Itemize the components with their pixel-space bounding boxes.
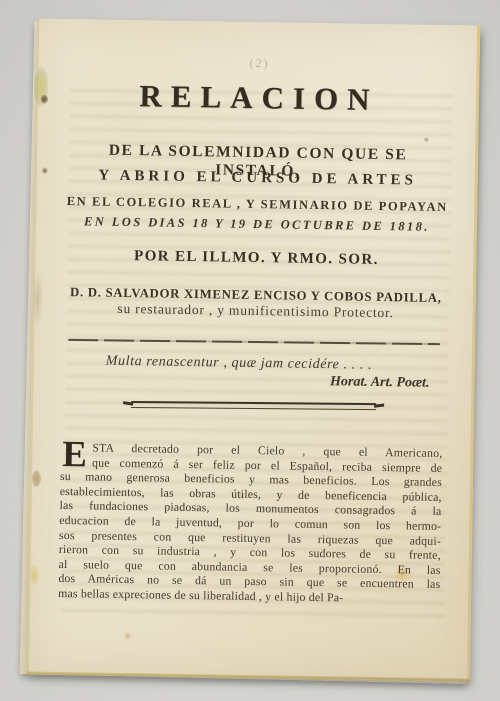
divider-rule bbox=[68, 339, 440, 345]
photograph-background: (2) RELACION DE LA SOLEMNIDAD CON QUE SE… bbox=[0, 0, 500, 701]
page-number: (2) bbox=[66, 53, 452, 74]
drop-cap: E bbox=[60, 440, 92, 469]
dignitary-intro: POR EL ILLMO. Y RMO. SOR. bbox=[63, 247, 449, 270]
stain bbox=[32, 269, 43, 329]
subtitle-line-3: EN EL COLEGIO REAL , Y SEMINARIO DE POPA… bbox=[64, 194, 450, 215]
binding-mark bbox=[32, 471, 41, 487]
page-edge bbox=[467, 25, 480, 681]
epigraph-attribution: Horat. Art. Poæt. bbox=[61, 370, 429, 392]
document-title: RELACION bbox=[66, 77, 453, 119]
binding-mark bbox=[42, 167, 48, 175]
body-paragraph: E STA decretado por el Cielo , que el Am… bbox=[58, 440, 442, 607]
printed-content: (2) RELACION DE LA SOLEMNIDAD CON QUE SE… bbox=[57, 19, 453, 681]
stain bbox=[34, 67, 49, 107]
double-divider-rule bbox=[131, 401, 376, 410]
pamphlet-page: (2) RELACION DE LA SOLEMNIDAD CON QUE SE… bbox=[27, 19, 480, 682]
subtitle-line-4: EN LOS DIAS 18 Y 19 DE OCTUBRE DE 1818. bbox=[64, 214, 450, 235]
stain bbox=[29, 565, 39, 587]
binding-mark bbox=[41, 95, 48, 104]
